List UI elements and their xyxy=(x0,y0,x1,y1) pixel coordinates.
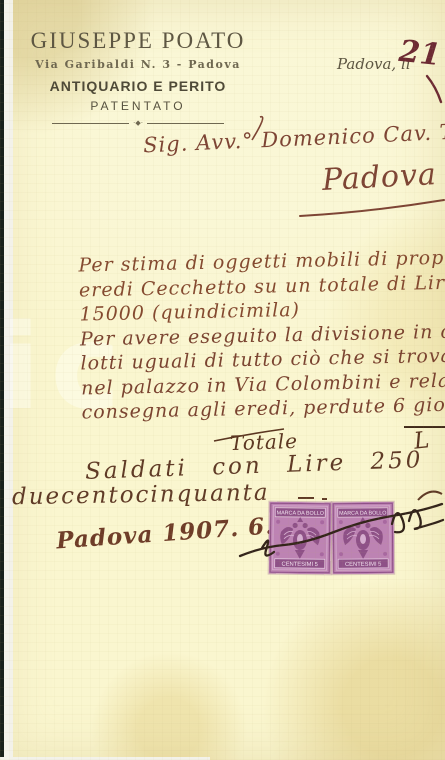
letterhead-name: GIUSEPPE POATO xyxy=(13,28,263,54)
stamp-denomination-text: CENTESIMI 5 xyxy=(345,562,381,568)
footer-date-note: Padova 1907. 6. 9 xyxy=(55,511,301,555)
stamp-header-text: MARCA DA BOLLO xyxy=(339,510,386,516)
letterhead-address: Via Garibaldi N. 3 - Padova xyxy=(13,58,263,71)
amount-in-words: duecentocinquanta xyxy=(12,480,270,510)
divider-line-left xyxy=(52,123,129,124)
addressee-city-line: Padova xyxy=(321,157,438,198)
stamp-header-text: MARCA DA BOLLO xyxy=(277,510,324,516)
scanned-document-page: ic GIUSEPPE POATO Via Garibaldi N. 3 - P… xyxy=(0,0,445,760)
date-ink-stroke xyxy=(427,76,441,102)
letterhead-patented-label: PATENTATO xyxy=(13,99,263,113)
letterhead: GIUSEPPE POATO Via Garibaldi N. 3 - Pado… xyxy=(13,28,263,127)
stamp-denomination-text: CENTESIMI 5 xyxy=(281,562,317,568)
letterhead-divider: ·◆· xyxy=(52,120,224,127)
revenue-stamp: MARCA DA BOLLO CENTESIMI 5 xyxy=(269,502,332,575)
padova-underline-flourish xyxy=(300,200,444,216)
amount-tail-squiggle xyxy=(418,492,442,500)
divider-line-right xyxy=(147,123,224,124)
revenue-stamp: MARCA DA BOLLO CENTESIMI 5 xyxy=(332,502,395,574)
amount-dash-stroke xyxy=(298,498,327,499)
letterhead-profession: ANTIQUARIO E PERITO xyxy=(13,78,263,94)
paper-left-edge xyxy=(4,0,13,760)
handwritten-body: Per stima di oggetti mobili di proprietà… xyxy=(78,245,445,425)
dateline-handwritten-day: 21 xyxy=(397,34,442,73)
divider-ornament: ·◆· xyxy=(133,120,143,127)
